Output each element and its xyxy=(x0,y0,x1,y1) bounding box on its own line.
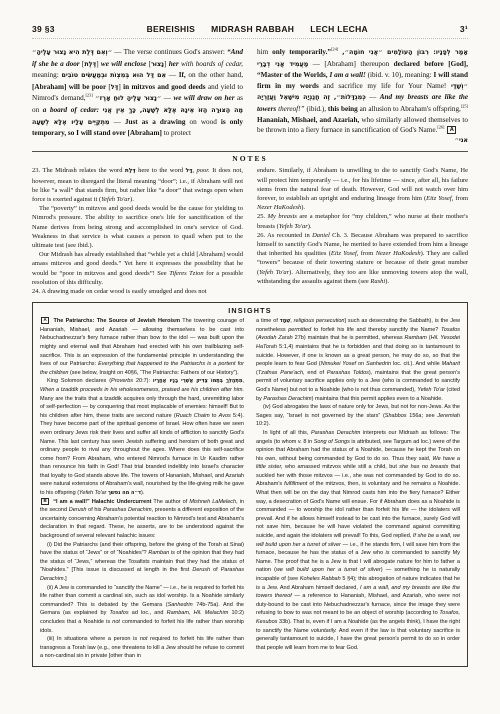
text-segment: 23. The Midrash relates the word xyxy=(32,167,125,174)
text-segment: her xyxy=(169,60,181,68)
text-segment: (see below, Insight on 40§6, “The Patria… xyxy=(68,370,238,376)
paragraph: In light of all this, Parashas Derachim … xyxy=(256,429,460,652)
paragraph: (iv) God abrogates the laws of nature on… xyxy=(256,403,460,429)
text-segment: on the other hand, xyxy=(186,71,243,79)
paragraph: B “I am a wall!” Halachic Undercurrent T… xyxy=(40,498,244,541)
page-number: 3¹ xyxy=(460,24,468,34)
text-segment: [Abraham] will be poor xyxy=(32,83,108,91)
text-segment: in mitzvos and good deeds xyxy=(123,83,206,91)
running-title: BEREISHIS MIDRASH RABBAH LECH LECHA xyxy=(147,24,368,34)
text-segment: My breasts xyxy=(268,213,297,220)
footnote-reference: [23] xyxy=(85,93,92,98)
text-segment: Rambam, Hil. Melachim xyxy=(167,610,229,616)
text-segment: Avodah Zarah xyxy=(258,335,293,341)
text-segment: ). xyxy=(308,223,312,230)
notes-right-column: endure. Similarly, if Abraham is unwilli… xyxy=(257,166,468,296)
text-segment: Daniel xyxy=(312,232,330,239)
text-segment: King Solomon declares ( xyxy=(47,378,111,384)
insights-left-column: A The Patriarchs: The Source of Jewish H… xyxy=(40,317,244,661)
text-segment: to xyxy=(210,413,219,419)
text-segment: Tzafnas Pane'ach, xyxy=(258,370,305,376)
hebrew-text: דֶּלֶת xyxy=(125,168,136,174)
text-segment: of the mitzvos, then, is voluntary and h… xyxy=(256,481,460,539)
running-title-work: MIDRASH RABBAH xyxy=(211,24,294,34)
text-segment: Yefeh To'ar xyxy=(279,223,308,230)
main-left-column: ״וְאִם דֶּלֶת הִיא נָצוּר עָלֶיהָ״ — The… xyxy=(32,47,243,146)
text-segment: we will enclose xyxy=(101,60,149,68)
paragraph: a time of שְׁמָד, religious persecution]… xyxy=(256,317,460,403)
text-segment: Shabbos xyxy=(385,413,407,419)
text-segment: ). Alternatively, they too are like unmo… xyxy=(257,269,468,285)
hebrew-text: ״נָצוּר עָלֶיהָ לוּחַ אָרֶז״ xyxy=(95,95,161,102)
paragraph: him only temporarily.”[24] אָמַר לְפָנָי… xyxy=(257,47,468,136)
text-segment: Hananiah, Mishael, and Azariah, xyxy=(257,116,359,124)
text-segment: Jeremiah xyxy=(437,413,460,419)
text-segment: not xyxy=(112,619,120,625)
text-segment: and sacrifice my life for Your Name! xyxy=(319,82,451,90)
paragraph: 23. The Midrash relates the word דֶּלֶת … xyxy=(32,166,243,204)
text-segment: to forfeit his life and thereby sanctify… xyxy=(311,327,441,333)
running-title-book: BEREISHIS xyxy=(147,24,196,34)
text-segment: 24. A drawing made on cedar wood is easi… xyxy=(32,288,207,295)
text-segment: Just as a drawing xyxy=(125,118,186,126)
text-segment: , xyxy=(242,378,244,384)
text-segment: Parashas Derachim xyxy=(263,396,311,402)
text-segment: Nimukei Yosef xyxy=(321,361,356,367)
text-segment: — xyxy=(161,94,173,102)
text-segment: 10:2). xyxy=(256,421,270,427)
text-segment: on xyxy=(356,361,366,367)
running-title-parashah: LECH LECHA xyxy=(310,24,368,34)
text-segment: a time of xyxy=(256,318,280,324)
text-segment: Rashi xyxy=(370,278,385,285)
text-segment: Yefeh To'ar xyxy=(79,490,106,496)
text-segment: (ibid.), xyxy=(305,105,328,113)
text-segment: — [Abraham] thereupon xyxy=(308,60,393,68)
book-page: 39 §3 BEREISHIS MIDRASH RABBAH LECH LECH… xyxy=(0,0,500,714)
text-segment: Sanhedrin xyxy=(366,361,391,367)
text-segment: from xyxy=(453,195,468,202)
text-segment: Nezer HaKodesh xyxy=(257,204,301,211)
text-segment: Sanhedrin xyxy=(168,602,193,608)
main-right-column: him only temporarily.”[24] אָמַר לְפָנָי… xyxy=(257,47,468,146)
text-segment: Tosafos xyxy=(441,327,460,333)
text-segment: Tiferes Tzion xyxy=(169,270,203,277)
text-segment: religious persecution xyxy=(294,318,345,324)
text-segment: 156a; see xyxy=(407,413,438,419)
text-segment: The author of xyxy=(151,499,189,505)
text-segment: we will build upon her a turret of silve… xyxy=(276,567,381,573)
insight-marker: B xyxy=(41,498,49,505)
text-segment: ). xyxy=(141,490,144,496)
text-segment: here to the word xyxy=(136,167,186,174)
hebrew-text: אִם דַּל הוּא בְּמִצְוֹת וּבְמַעֲשִׂים ט… xyxy=(61,72,166,79)
text-segment: Proverbs xyxy=(111,378,133,384)
insights-heading: INSIGHTS xyxy=(40,306,460,315)
text-segment: who amassed mitzvos while still a child,… xyxy=(283,464,400,470)
text-segment: fulfillment xyxy=(284,481,307,487)
text-segment: loc. cit.). And while xyxy=(391,361,442,367)
text-segment: — The verse continues God's answer: xyxy=(112,48,227,56)
text-segment: (ibid. v. 10), meaning: xyxy=(366,71,434,79)
text-segment: ). xyxy=(385,278,389,285)
text-segment: meaning: xyxy=(32,71,61,79)
text-segment: ad loc., and xyxy=(129,610,167,616)
text-segment: an allusion to Abraham's offspring, xyxy=(358,105,461,113)
text-segment: on wood xyxy=(185,118,220,126)
text-segment: Eitz Yosef, xyxy=(426,195,453,202)
text-segment: thereof!” xyxy=(276,105,304,113)
text-segment: The “poverty” in mitzvos and good deeds … xyxy=(32,205,243,249)
text-segment: Parashas Derachim xyxy=(311,430,360,436)
section-number: 39 §3 xyxy=(32,24,55,34)
text-segment: Derush xyxy=(69,507,87,513)
paragraph: ״וְאִם דֶּלֶת הִיא נָצוּר עָלֶיהָ״ — The… xyxy=(32,47,243,139)
text-segment: Eitz Yosef, xyxy=(331,250,359,257)
hebrew-text: דֶּלֶת xyxy=(84,61,96,68)
text-segment: The Patriarchs: The Source of Jewish Her… xyxy=(51,318,180,324)
paragraph: 25. My breasts are a metaphor for “my ch… xyxy=(257,212,468,230)
footnote-reference: [25] xyxy=(461,104,468,109)
insights-section: A The Patriarchs: The Source of Jewish H… xyxy=(40,317,460,661)
text-segment: ). xyxy=(301,204,305,211)
paragraph: Our Midrash has already established that… xyxy=(32,250,243,287)
text-segment: Nezer HaKodesh xyxy=(376,250,421,257)
text-segment: we will draw on her xyxy=(173,94,234,102)
paragraph: (i) Did the Patriarchs (and their offspr… xyxy=(40,541,244,584)
text-segment: If, xyxy=(179,71,186,79)
hebrew-text: מִתְהַלֵּךְ בְּתֻמּוֹ צַדִּיק אַשְׁרֵי ב… xyxy=(153,378,243,384)
text-segment: only temporarily.” xyxy=(272,48,331,56)
text-segment: Yefeh To'ar xyxy=(101,196,130,203)
text-segment: Parashas Toldos xyxy=(327,370,369,376)
text-segment: end of xyxy=(305,370,327,376)
text-segment: Song of Songs xyxy=(314,439,350,445)
text-segment: voluntarily. xyxy=(311,628,337,634)
text-segment: 26. As recounted in xyxy=(257,232,312,239)
text-segment: The towering courage of Hananiah, Mishae… xyxy=(40,318,244,367)
text-segment xyxy=(445,126,447,134)
commentary-section: ״וְאִם דֶּלֶת הִיא נָצוּר עָלֶיהָ״ — The… xyxy=(32,47,468,146)
insight-marker: A xyxy=(447,126,456,134)
paragraph: (iii) In situations where a person is no… xyxy=(40,635,244,661)
notes-divider xyxy=(32,151,468,152)
text-segment: ). xyxy=(130,196,134,203)
text-segment: (iii) In situations where a person is xyxy=(47,636,140,642)
paragraph: The “poverty” in mitzvos and good deeds … xyxy=(32,204,243,250)
paragraph: 24. A drawing made on cedar wood is easi… xyxy=(32,287,243,296)
insight-marker: A xyxy=(41,317,49,324)
hebrew-text: שְׁמָד xyxy=(280,318,290,324)
text-segment: 27b) maintain that he is permitted, wher… xyxy=(293,335,405,341)
text-segment: to protect xyxy=(162,129,191,137)
text-segment: ) maintains that this permit applies eve… xyxy=(312,396,443,402)
text-segment: Avos xyxy=(219,413,231,419)
paragraph: (ii) A Jew is commanded to “sanctify the… xyxy=(40,584,244,636)
text-segment: with boards of cedar, xyxy=(181,60,243,68)
hebrew-text: נָצוּר xyxy=(151,61,164,68)
text-segment: Maharit xyxy=(442,361,460,367)
text-segment: permitted xyxy=(288,327,311,333)
text-segment: — xyxy=(166,71,179,79)
text-segment: of xyxy=(210,567,221,573)
text-segment: Rambam xyxy=(405,335,427,341)
paragraph: A The Patriarchs: The Source of Jewish H… xyxy=(40,317,244,377)
text-segment: — xyxy=(109,118,124,126)
text-segment: from xyxy=(358,250,375,257)
text-segment: .] xyxy=(64,576,67,582)
notes-left-column: 23. The Midrash relates the word דֶּלֶת … xyxy=(32,166,243,296)
notes-heading: NOTES xyxy=(32,154,468,163)
text-segment: Mishneh LaMelech xyxy=(189,499,236,505)
text-segment: Ramban xyxy=(148,550,169,556)
text-segment: Yefeh To'ar xyxy=(259,269,289,276)
text-segment: him xyxy=(257,48,272,56)
text-segment: I am a wall! xyxy=(329,71,365,79)
notes-section: 23. The Midrash relates the word דֶּלֶת … xyxy=(32,166,468,296)
hebrew-text: ״וְאִם דֶּלֶת הִיא נָצוּר עָלֶיהָ״ xyxy=(32,49,112,56)
text-segment: of his xyxy=(86,507,103,513)
insights-right-column: a time of שְׁמָד, religious persecution]… xyxy=(256,317,460,661)
hebrew-text: ד״ה מה נפשך xyxy=(108,490,141,496)
text-segment: Ruach Chaim xyxy=(176,413,210,419)
text-segment: 25. xyxy=(257,213,268,220)
text-segment: — xyxy=(366,93,380,101)
insights-box: INSIGHTS A The Patriarchs: The Source of… xyxy=(32,302,468,667)
page-header: 39 §3 BEREISHIS MIDRASH RABBAH LECH LECH… xyxy=(32,24,468,39)
text-segment: Parashas Derachim xyxy=(103,507,151,513)
text-segment: “I am a wall!” Halachic Undercurrent xyxy=(51,499,151,505)
text-segment: this being xyxy=(328,105,358,113)
text-segment: she has no breasts xyxy=(399,464,448,470)
paragraph: endure. Similarly, if Abraham is unwilli… xyxy=(257,166,468,212)
text-segment: 20:7): xyxy=(133,378,153,384)
catchword: אני״ xyxy=(455,136,468,147)
text-segment: poor. xyxy=(197,167,210,174)
text-segment: Tosafos xyxy=(110,610,129,616)
paragraph: 26. As recounted in Daniel Ch. 3. Becaus… xyxy=(257,231,468,286)
text-segment: Koheles Rabbah xyxy=(300,576,341,582)
paragraph: King Solomon declares (Proverbs 20:7): מ… xyxy=(40,377,244,497)
text-segment: Derush xyxy=(192,567,210,573)
text-segment: Yefeh To'ar xyxy=(417,387,445,393)
text-segment: a board of cedar: xyxy=(43,106,99,114)
text-segment: 5:4). They have become part of the spiri… xyxy=(40,413,244,496)
text-segment: In light of all this, xyxy=(263,430,311,436)
text-segment: When a tzaddik proceeds in his wholesome… xyxy=(40,387,244,393)
footnote-reference: [26] xyxy=(437,125,444,130)
